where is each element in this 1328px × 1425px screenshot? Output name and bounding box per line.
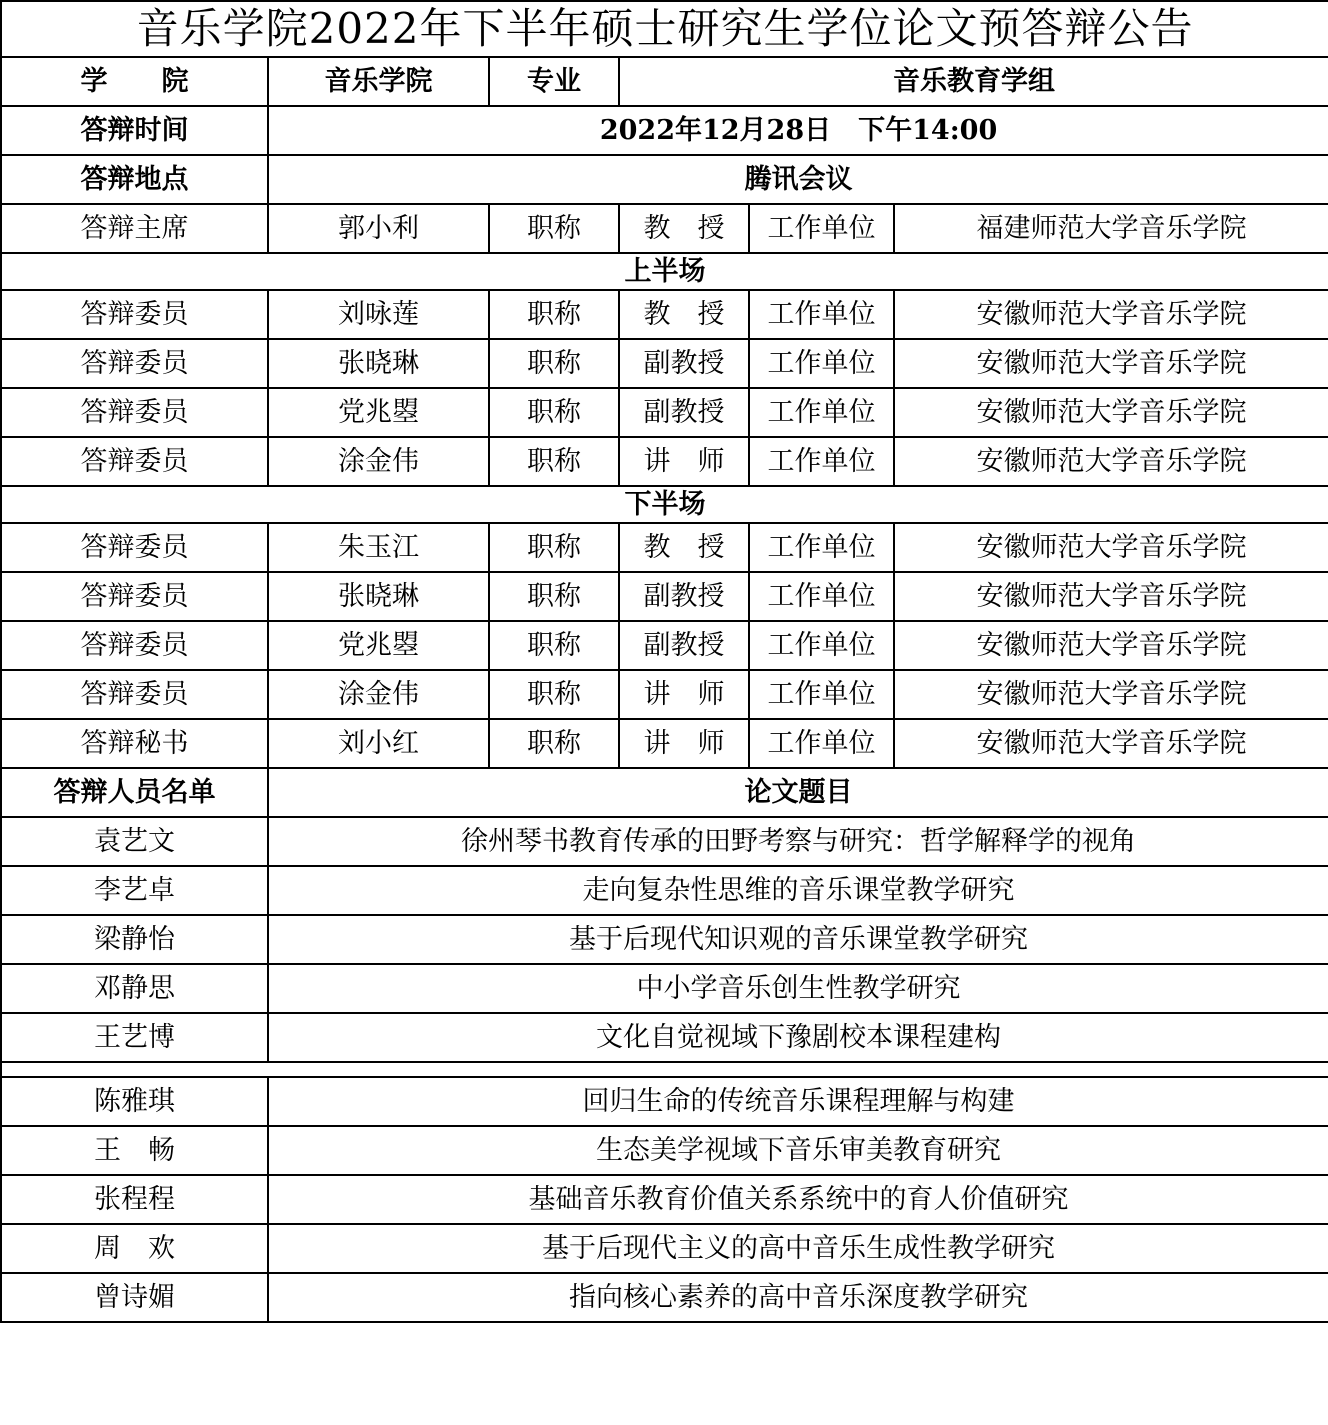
name: 党兆曌 <box>268 621 489 670</box>
student-row: 袁艺文 徐州琴书教育传承的田野考察与研究：哲学解释学的视角 <box>1 817 1328 866</box>
name: 刘小红 <box>268 719 489 768</box>
title-label: 职称 <box>489 437 619 486</box>
unit-label: 工作单位 <box>749 204 894 253</box>
thesis-title: 回归生命的传统音乐课程理解与构建 <box>268 1077 1328 1126</box>
student-name: 王 畅 <box>1 1126 268 1175</box>
student-row: 梁静怡 基于后现代知识观的音乐课堂教学研究 <box>1 915 1328 964</box>
student-name: 邓静思 <box>1 964 268 1013</box>
unit: 安徽师范大学音乐学院 <box>894 523 1328 572</box>
place-value: 腾讯会议 <box>268 155 1328 204</box>
unit-label: 工作单位 <box>749 290 894 339</box>
academic-title: 教 授 <box>619 523 749 572</box>
student-row: 王 畅 生态美学视域下音乐审美教育研究 <box>1 1126 1328 1175</box>
academic-title: 副教授 <box>619 572 749 621</box>
role: 答辩委员 <box>1 523 268 572</box>
thesis-title: 中小学音乐创生性教学研究 <box>268 964 1328 1013</box>
thesis-title: 基础音乐教育价值关系系统中的育人价值研究 <box>268 1175 1328 1224</box>
unit-label: 工作单位 <box>749 437 894 486</box>
thesis-title: 文化自觉视域下豫剧校本课程建构 <box>268 1013 1328 1062</box>
title-label: 职称 <box>489 572 619 621</box>
thesis-title-header: 论文题目 <box>268 768 1328 817</box>
session-header-row: 上半场 <box>1 253 1328 290</box>
title-label: 职称 <box>489 204 619 253</box>
title-label: 职称 <box>489 670 619 719</box>
time-value: 2022年12月28日 下午14:00 <box>268 106 1328 155</box>
defense-announcement-table: 音乐学院2022年下半年硕士研究生学位论文预答辩公告 学 院 音乐学院 专业 音… <box>0 0 1328 1323</box>
name: 张晓琳 <box>268 339 489 388</box>
time-label: 答辩时间 <box>1 106 268 155</box>
role: 答辩委员 <box>1 388 268 437</box>
member-row: 答辩委员 刘咏莲 职称 教 授 工作单位 安徽师范大学音乐学院 <box>1 290 1328 339</box>
secretary-row: 答辩秘书 刘小红 职称 讲 师 工作单位 安徽师范大学音乐学院 <box>1 719 1328 768</box>
unit: 安徽师范大学音乐学院 <box>894 437 1328 486</box>
name: 朱玉江 <box>268 523 489 572</box>
place-label: 答辩地点 <box>1 155 268 204</box>
member-row: 答辩委员 张晓琳 职称 副教授 工作单位 安徽师范大学音乐学院 <box>1 339 1328 388</box>
role: 答辩委员 <box>1 572 268 621</box>
title-label: 职称 <box>489 290 619 339</box>
student-row: 曾诗媚 指向核心素养的高中音乐深度教学研究 <box>1 1273 1328 1322</box>
name: 涂金伟 <box>268 437 489 486</box>
unit: 安徽师范大学音乐学院 <box>894 388 1328 437</box>
name: 刘咏莲 <box>268 290 489 339</box>
title-label: 职称 <box>489 523 619 572</box>
chair-row: 答辩主席 郭小利 职称 教 授 工作单位 福建师范大学音乐学院 <box>1 204 1328 253</box>
title-label: 职称 <box>489 388 619 437</box>
academic-title: 副教授 <box>619 339 749 388</box>
role: 答辩委员 <box>1 437 268 486</box>
student-row: 陈雅琪 回归生命的传统音乐课程理解与构建 <box>1 1077 1328 1126</box>
unit: 福建师范大学音乐学院 <box>894 204 1328 253</box>
title-label: 职称 <box>489 719 619 768</box>
name: 郭小利 <box>268 204 489 253</box>
thesis-title: 走向复杂性思维的音乐课堂教学研究 <box>268 866 1328 915</box>
role: 答辩委员 <box>1 670 268 719</box>
student-row: 邓静思 中小学音乐创生性教学研究 <box>1 964 1328 1013</box>
group-separator <box>1 1062 1328 1077</box>
title-label: 职称 <box>489 621 619 670</box>
group-separator-row <box>1 1062 1328 1077</box>
student-name: 王艺博 <box>1 1013 268 1062</box>
student-row: 周 欢 基于后现代主义的高中音乐生成性教学研究 <box>1 1224 1328 1273</box>
unit: 安徽师范大学音乐学院 <box>894 339 1328 388</box>
student-row: 张程程 基础音乐教育价值关系系统中的育人价值研究 <box>1 1175 1328 1224</box>
academic-title: 副教授 <box>619 388 749 437</box>
academic-title: 副教授 <box>619 621 749 670</box>
role: 答辩委员 <box>1 339 268 388</box>
thesis-title: 生态美学视域下音乐审美教育研究 <box>268 1126 1328 1175</box>
page-title: 音乐学院2022年下半年硕士研究生学位论文预答辩公告 <box>1 1 1328 57</box>
unit: 安徽师范大学音乐学院 <box>894 621 1328 670</box>
thesis-title: 徐州琴书教育传承的田野考察与研究：哲学解释学的视角 <box>268 817 1328 866</box>
academic-title: 讲 师 <box>619 437 749 486</box>
students-header-row: 答辩人员名单 论文题目 <box>1 768 1328 817</box>
thesis-title: 基于后现代知识观的音乐课堂教学研究 <box>268 915 1328 964</box>
student-row: 李艺卓 走向复杂性思维的音乐课堂教学研究 <box>1 866 1328 915</box>
unit-label: 工作单位 <box>749 719 894 768</box>
college-label: 学 院 <box>1 57 268 106</box>
student-name: 袁艺文 <box>1 817 268 866</box>
thesis-title: 指向核心素养的高中音乐深度教学研究 <box>268 1273 1328 1322</box>
member-row: 答辩委员 党兆曌 职称 副教授 工作单位 安徽师范大学音乐学院 <box>1 388 1328 437</box>
major-value: 音乐教育学组 <box>619 57 1328 106</box>
place-row: 答辩地点 腾讯会议 <box>1 155 1328 204</box>
session-label: 上半场 <box>1 253 1328 290</box>
academic-title: 教 授 <box>619 290 749 339</box>
title-row: 音乐学院2022年下半年硕士研究生学位论文预答辩公告 <box>1 1 1328 57</box>
student-name: 曾诗媚 <box>1 1273 268 1322</box>
unit-label: 工作单位 <box>749 339 894 388</box>
member-row: 答辩委员 涂金伟 职称 讲 师 工作单位 安徽师范大学音乐学院 <box>1 670 1328 719</box>
unit-label: 工作单位 <box>749 523 894 572</box>
academic-title: 讲 师 <box>619 719 749 768</box>
student-name: 陈雅琪 <box>1 1077 268 1126</box>
college-value: 音乐学院 <box>268 57 489 106</box>
unit: 安徽师范大学音乐学院 <box>894 290 1328 339</box>
unit: 安徽师范大学音乐学院 <box>894 719 1328 768</box>
academic-title: 讲 师 <box>619 670 749 719</box>
role: 答辩主席 <box>1 204 268 253</box>
name: 张晓琳 <box>268 572 489 621</box>
thesis-title: 基于后现代主义的高中音乐生成性教学研究 <box>268 1224 1328 1273</box>
role: 答辩委员 <box>1 290 268 339</box>
college-row: 学 院 音乐学院 专业 音乐教育学组 <box>1 57 1328 106</box>
member-row: 答辩委员 朱玉江 职称 教 授 工作单位 安徽师范大学音乐学院 <box>1 523 1328 572</box>
role: 答辩委员 <box>1 621 268 670</box>
session-label: 下半场 <box>1 486 1328 523</box>
member-row: 答辩委员 党兆曌 职称 副教授 工作单位 安徽师范大学音乐学院 <box>1 621 1328 670</box>
student-name-header: 答辩人员名单 <box>1 768 268 817</box>
major-label: 专业 <box>489 57 619 106</box>
time-row: 答辩时间 2022年12月28日 下午14:00 <box>1 106 1328 155</box>
unit-label: 工作单位 <box>749 572 894 621</box>
student-name: 李艺卓 <box>1 866 268 915</box>
role: 答辩秘书 <box>1 719 268 768</box>
member-row: 答辩委员 张晓琳 职称 副教授 工作单位 安徽师范大学音乐学院 <box>1 572 1328 621</box>
student-name: 周 欢 <box>1 1224 268 1273</box>
unit: 安徽师范大学音乐学院 <box>894 572 1328 621</box>
student-name: 梁静怡 <box>1 915 268 964</box>
member-row: 答辩委员 涂金伟 职称 讲 师 工作单位 安徽师范大学音乐学院 <box>1 437 1328 486</box>
unit-label: 工作单位 <box>749 388 894 437</box>
unit: 安徽师范大学音乐学院 <box>894 670 1328 719</box>
session-header-row: 下半场 <box>1 486 1328 523</box>
name: 党兆曌 <box>268 388 489 437</box>
name: 涂金伟 <box>268 670 489 719</box>
unit-label: 工作单位 <box>749 621 894 670</box>
student-name: 张程程 <box>1 1175 268 1224</box>
title-label: 职称 <box>489 339 619 388</box>
student-row: 王艺博 文化自觉视域下豫剧校本课程建构 <box>1 1013 1328 1062</box>
academic-title: 教 授 <box>619 204 749 253</box>
unit-label: 工作单位 <box>749 670 894 719</box>
